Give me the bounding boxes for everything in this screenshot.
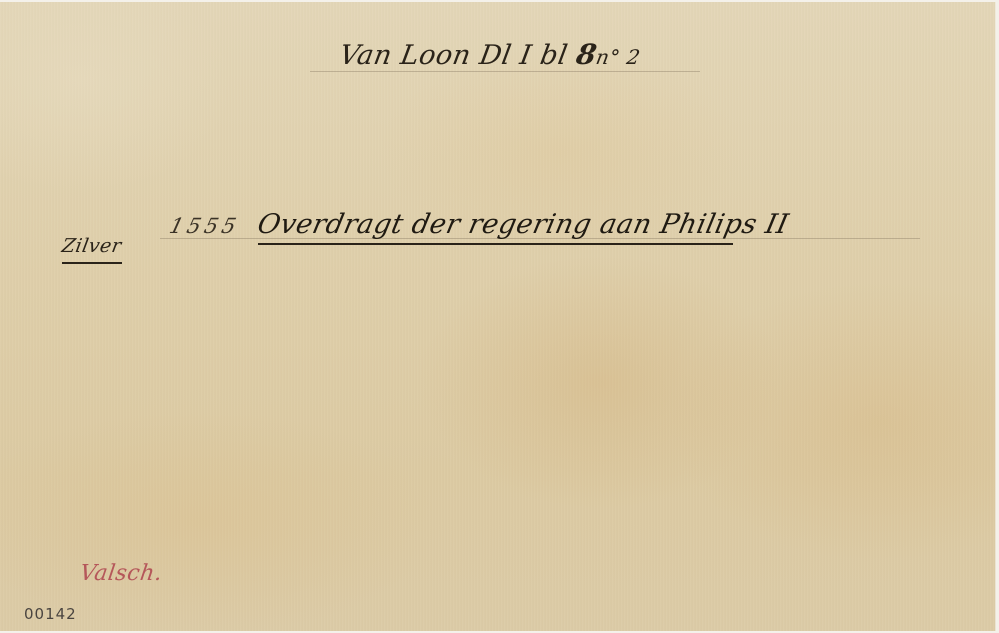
entry-year: 1555 xyxy=(167,214,242,238)
title-underline xyxy=(258,243,733,245)
entry-title: Overdragt der regering aan Philips II xyxy=(255,209,792,240)
category-underline xyxy=(62,262,122,264)
index-card: Van Loon Dl I bl 8n° 2 1555 Overdragt de… xyxy=(0,2,996,631)
reference-suffix: n° 2 xyxy=(594,45,642,69)
reference-header: Van Loon Dl I bl 8n° 2 xyxy=(337,38,643,71)
header-ruling-line xyxy=(310,71,700,72)
reference-prefix: Van Loon Dl I bl xyxy=(337,40,570,71)
remark-red-ink: Valsch. xyxy=(78,561,164,586)
category-label: Zilver xyxy=(60,235,123,257)
catalog-number: 00142 xyxy=(24,605,77,623)
